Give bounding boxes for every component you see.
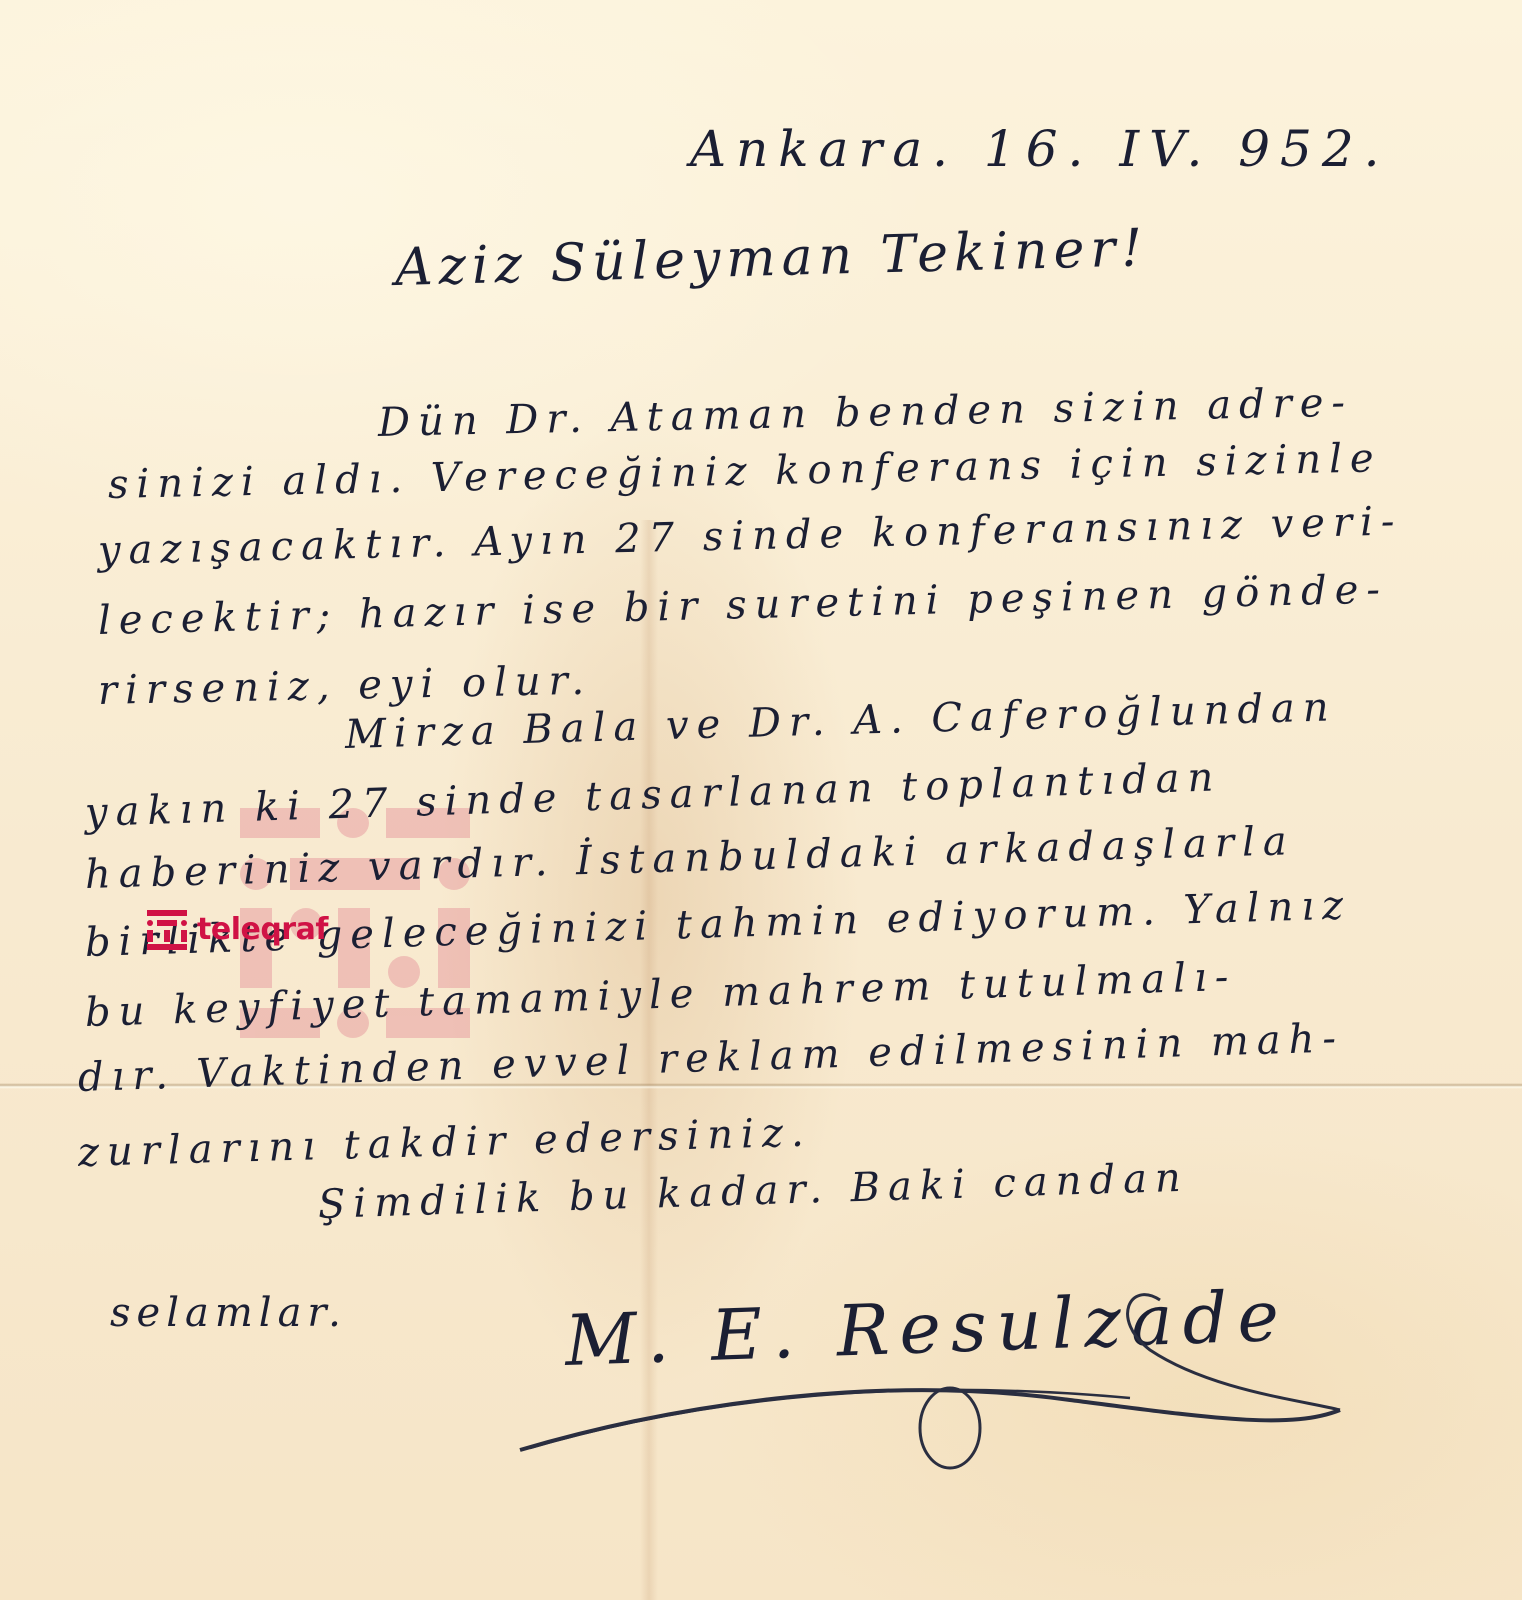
place-date: Ankara. 16. IV. 952. [690, 120, 1390, 178]
teleqraf-watermark-logo: teleqraf [147, 910, 328, 950]
teleqraf-brand-text: teleqraf [197, 915, 328, 945]
signature-flourish-icon [510, 1280, 1370, 1480]
closing: selamlar. [110, 1290, 347, 1336]
teleqraf-logo-icon [147, 910, 187, 950]
